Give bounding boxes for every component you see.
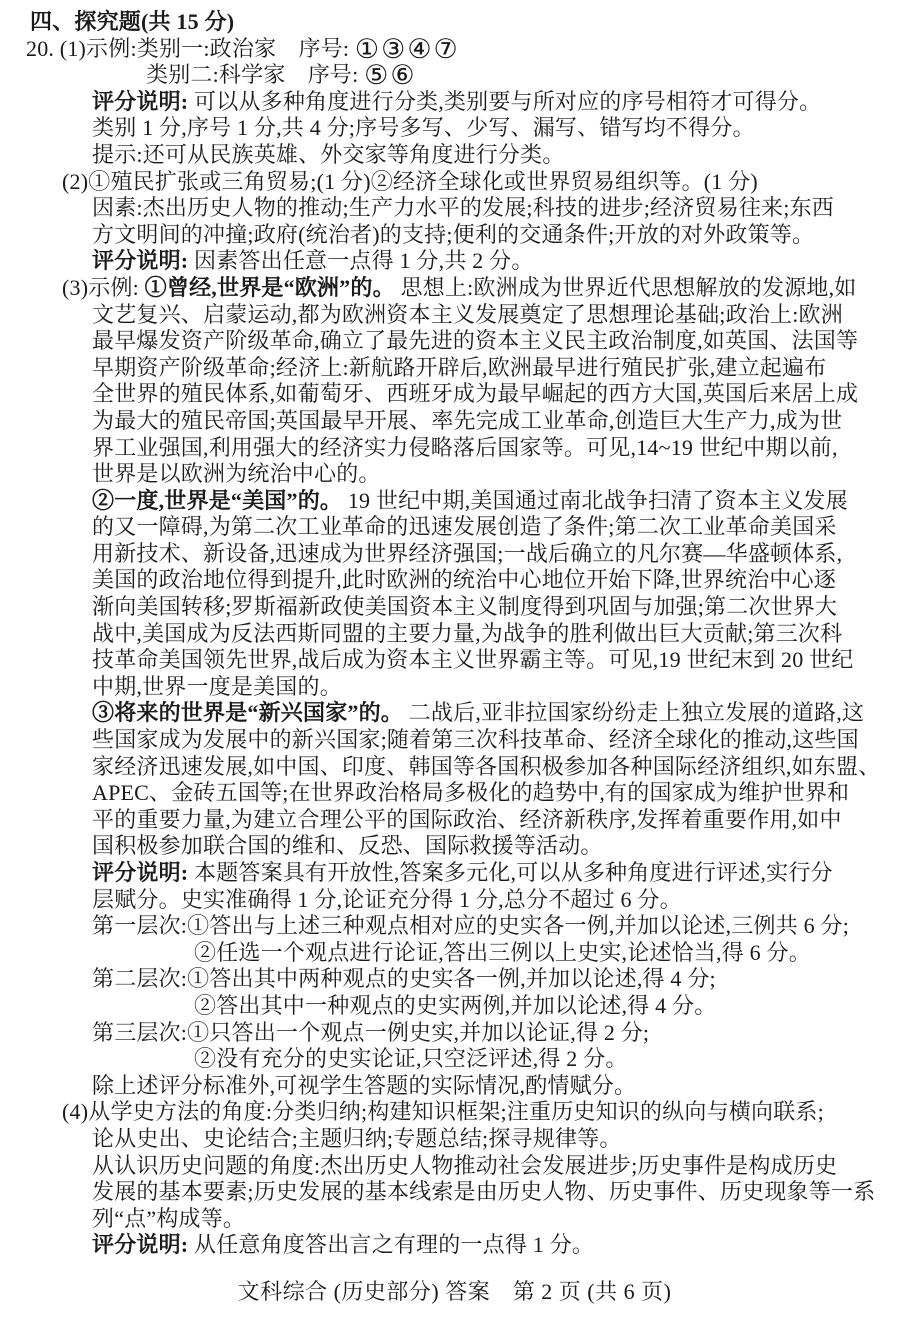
text-line: 发展的基本要素;历史发展的基本线索是由历史人物、历史事件、历史现象等一系: [92, 1179, 909, 1206]
line-text: 全世界的殖民体系,如葡萄牙、西班牙成为最早崛起的西方大国,英国后来居上成: [92, 381, 858, 406]
text-line: 平的重要力量,为建立合理公平的国际政治、经济新秩序,发挥着重要作用,如中: [92, 807, 909, 834]
text-line: (3)示例: ①曾经,世界是“欧洲”的。 思想上:欧洲成为世界近代思想解放的发源…: [62, 275, 909, 302]
line-emphasis: 评分说明:: [92, 89, 188, 114]
line-text: 第三层次:①只答出一个观点一例史实,并加以论证,得 2 分;: [92, 1020, 649, 1045]
text-line: ②答出其中一种观点的史实两例,并加以论述,得 4 分。: [194, 993, 909, 1020]
text-line: 除上述评分标准外,可视学生答题的实际情况,酌情赋分。: [92, 1073, 909, 1100]
text-line: 评分说明: 本题答案具有开放性,答案多元化,可以从多种角度进行评述,实行分: [92, 860, 909, 887]
text-line: 方文明间的冲撞;政府(统治者)的支持;便利的交通条件;开放的对外政策等。: [92, 222, 909, 249]
text-line: (4)从学史方法的角度:分类归纳;构建知识框架;注重历史知识的纵向与横向联系;: [62, 1099, 909, 1126]
line-text: 二战后,亚非拉国家纷纷走上独立发展的道路,这: [409, 700, 864, 725]
line-emphasis: ③将来的世界是“新兴国家”的。: [92, 700, 403, 725]
text-line: 第二层次:①答出其中两种观点的史实各一例,并加以论述,得 4 分;: [92, 966, 909, 993]
text-line: ②没有充分的史实论证,只空泛评述,得 2 分。: [194, 1046, 909, 1073]
text-line: 提示:还可从民族英雄、外交家等角度进行分类。: [92, 142, 909, 169]
text-line: 最早爆发资产阶级革命,确立了最先进的资本主义民主政治制度,如英国、法国等: [92, 328, 909, 355]
text-line: 类别二:科学家 序号: ⑤⑥: [146, 62, 909, 89]
text-line: 为最大的殖民帝国;英国最早开展、率先完成工业革命,创造巨大生产力,成为世: [92, 408, 909, 435]
text-line: 全世界的殖民体系,如葡萄牙、西班牙成为最早崛起的西方大国,英国后来居上成: [92, 381, 909, 408]
line-text: 因素:杰出历史人物的推动;生产力水平的发展;科技的进步;经济贸易往来;东西: [92, 195, 834, 220]
line-emphasis: 评分说明:: [92, 248, 188, 273]
line-text: 列“点”构成等。: [92, 1206, 245, 1231]
text-line: 早期资产阶级革命;经济上:新航路开辟后,欧洲最早进行殖民扩张,建立起遍布: [92, 355, 909, 382]
text-line: ②一度,世界是“美国”的。 19 世纪中期,美国通过南北战争扫清了资本主义发展: [92, 488, 909, 515]
line-text: 20. (1)示例:类别一:政治家 序号:: [26, 36, 349, 61]
text-line: 用新技术、新设备,迅速成为世界经济强国;一战后确立的凡尔赛—华盛顿体系,: [92, 541, 909, 568]
line-text: 除上述评分标准外,可视学生答题的实际情况,酌情赋分。: [92, 1073, 636, 1098]
text-line: 技革命美国领先世界,战后成为资本主义世界霸主等。可见,19 世纪末到 20 世纪: [92, 647, 909, 674]
line-text: (3)示例:: [62, 275, 139, 300]
text-line: 第三层次:①只答出一个观点一例史实,并加以论证,得 2 分;: [92, 1020, 909, 1047]
text-line: 因素:杰出历史人物的推动;生产力水平的发展;科技的进步;经济贸易往来;东西: [92, 195, 909, 222]
text-line: 家经济迅速发展,如中国、印度、韩国等各国积极参加各种国际经济组织,如东盟、: [92, 754, 909, 781]
line-text: 提示:还可从民族英雄、外交家等角度进行分类。: [92, 142, 565, 167]
line-emphasis: 评分说明:: [92, 860, 188, 885]
line-text: 技革命美国领先世界,战后成为资本主义世界霸主等。可见,19 世纪末到 20 世纪: [92, 647, 854, 672]
answer-sheet-page: 四、探究题(共 15 分) 20. (1)示例:类别一:政治家 序号: ①③④⑦…: [0, 0, 909, 1325]
line-text: (2)①殖民扩张或三角贸易;(1 分)②经济全球化或世界贸易组织等。(1 分): [62, 169, 758, 194]
text-line: 类别 1 分,序号 1 分,共 4 分;序号多写、少写、漏写、错写均不得分。: [92, 115, 909, 142]
text-line: 层赋分。史实准确得 1 分,论证充分得 1 分,总分不超过 6 分。: [92, 887, 909, 914]
line-text: 早期资产阶级革命;经济上:新航路开辟后,欧洲最早进行殖民扩张,建立起遍布: [92, 355, 826, 380]
line-text: 美国的政治地位得到提升,此时欧洲的统治中心地位开始下降,世界统治中心逐: [92, 567, 836, 592]
line-text: 平的重要力量,为建立合理公平的国际政治、经济新秩序,发挥着重要作用,如中: [92, 807, 842, 832]
text-line: 从认识历史问题的角度:杰出历史人物推动社会发展进步;历史事件是构成历史: [92, 1153, 909, 1180]
text-line: 列“点”构成等。: [92, 1206, 909, 1233]
line-text: 方文明间的冲撞;政府(统治者)的支持;便利的交通条件;开放的对外政策等。: [92, 222, 814, 247]
text-line: ②任选一个观点进行论证,答出三例以上史实,论述恰当,得 6 分。: [194, 940, 909, 967]
line-text: 从任意角度答出言之有理的一点得 1 分。: [194, 1232, 594, 1257]
text-line: 20. (1)示例:类别一:政治家 序号: ①③④⑦: [26, 36, 909, 63]
line-text: 因素答出任意一点得 1 分,共 2 分。: [194, 248, 534, 273]
text-line: 世界是以欧洲为统治中心的。: [92, 461, 909, 488]
line-text: 第一层次:①答出与上述三种观点相对应的史实各一例,并加以论述,三例共 6 分;: [92, 913, 849, 938]
line-text: 中期,世界一度是美国的。: [92, 674, 342, 699]
text-line: 文艺复兴、启蒙运动,都为欧洲资本主义发展奠定了思想理论基础;政治上:欧洲: [92, 302, 909, 329]
line-text: 世界是以欧洲为统治中心的。: [92, 461, 381, 486]
text-line: 的又一障碍,为第二次工业革命的迅速发展创造了条件;第二次工业革命美国采: [92, 514, 909, 541]
line-text: 为最大的殖民帝国;英国最早开展、率先完成工业革命,创造巨大生产力,成为世: [92, 408, 842, 433]
line-text: ②任选一个观点进行论证,答出三例以上史实,论述恰当,得 6 分。: [194, 940, 811, 965]
text-line: 界工业强国,利用强大的经济实力侵略落后国家等。可见,14~19 世纪中期以前,: [92, 435, 909, 462]
line-text: 文艺复兴、启蒙运动,都为欧洲资本主义发展奠定了思想理论基础;政治上:欧洲: [92, 302, 843, 327]
text-line: ③将来的世界是“新兴国家”的。 二战后,亚非拉国家纷纷走上独立发展的道路,这: [92, 700, 909, 727]
line-text: 19 世纪中期,美国通过南北战争扫清了资本主义发展: [348, 488, 848, 513]
line-text: 些国家成为发展中的新兴国家;随着第三次科技革命、经济全球化的推动,这些国: [92, 727, 859, 752]
line-text: 发展的基本要素;历史发展的基本线索是由历史人物、历史事件、历史现象等一系: [92, 1179, 875, 1204]
text-line: 渐向美国转移;罗斯福新政使美国资本主义制度得到巩固与加强;第二次世界大: [92, 594, 909, 621]
line-text: 可以从多种角度进行分类,类别要与所对应的序号相符才可得分。: [194, 89, 821, 114]
text-line: 些国家成为发展中的新兴国家;随着第三次科技革命、经济全球化的推动,这些国: [92, 727, 909, 754]
line-text: ②答出其中一种观点的史实两例,并加以论述,得 4 分。: [194, 993, 716, 1018]
line-text: 界工业强国,利用强大的经济实力侵略落后国家等。可见,14~19 世纪中期以前,: [92, 435, 838, 460]
line-text: 思想上:欧洲成为世界近代思想解放的发源地,如: [400, 275, 856, 300]
line-text: 最早爆发资产阶级革命,确立了最先进的资本主义民主政治制度,如英国、法国等: [92, 328, 858, 353]
line-text: APEC、金砖五国等;在世界政治格局多极化的趋势中,有的国家成为维护世界和: [92, 780, 849, 805]
text-line: 评分说明: 可以从多种角度进行分类,类别要与所对应的序号相符才可得分。: [92, 89, 909, 116]
line-text: 战中,美国成为反法西斯同盟的主要力量,为战争的胜利做出巨大贡献;第三次科: [92, 621, 842, 646]
text-line: 评分说明: 因素答出任意一点得 1 分,共 2 分。: [92, 248, 909, 275]
line-emphasis: ①曾经,世界是“欧洲”的。: [145, 275, 395, 300]
line-text: 渐向美国转移;罗斯福新政使美国资本主义制度得到巩固与加强;第二次世界大: [92, 594, 837, 619]
text-line: APEC、金砖五国等;在世界政治格局多极化的趋势中,有的国家成为维护世界和: [92, 780, 909, 807]
line-text: 用新技术、新设备,迅速成为世界经济强国;一战后确立的凡尔赛—华盛顿体系,: [92, 541, 842, 566]
text-line: 评分说明: 从任意角度答出言之有理的一点得 1 分。: [92, 1232, 909, 1259]
text-line: 第一层次:①答出与上述三种观点相对应的史实各一例,并加以论述,三例共 6 分;: [92, 913, 909, 940]
line-emphasis: ①③④⑦: [355, 34, 460, 64]
page-footer: 文科综合 (历史部分) 答案 第 2 页 (共 6 页): [0, 1275, 909, 1306]
text-line: 美国的政治地位得到提升,此时欧洲的统治中心地位开始下降,世界统治中心逐: [92, 567, 909, 594]
line-text: ②没有充分的史实论证,只空泛评述,得 2 分。: [194, 1046, 628, 1071]
document-body: 四、探究题(共 15 分) 20. (1)示例:类别一:政治家 序号: ①③④⑦…: [0, 9, 909, 1259]
line-text: (4)从学史方法的角度:分类归纳;构建知识框架;注重历史知识的纵向与横向联系;: [62, 1099, 824, 1124]
text-line: (2)①殖民扩张或三角贸易;(1 分)②经济全球化或世界贸易组织等。(1 分): [62, 169, 909, 196]
line-text: 本题答案具有开放性,答案多元化,可以从多种角度进行评述,实行分: [194, 860, 833, 885]
line-text: 家经济迅速发展,如中国、印度、韩国等各国积极参加各种国际经济组织,如东盟、: [92, 754, 880, 779]
text-line: 中期,世界一度是美国的。: [92, 674, 909, 701]
text-line: 四、探究题(共 15 分): [30, 9, 909, 36]
line-emphasis: 四、探究题(共 15 分): [30, 9, 234, 34]
line-text: 类别 1 分,序号 1 分,共 4 分;序号多写、少写、漏写、错写均不得分。: [92, 115, 755, 140]
text-line: 论从史出、史论结合;主题归纳;专题总结;探寻规律等。: [92, 1126, 909, 1153]
text-line: 战中,美国成为反法西斯同盟的主要力量,为战争的胜利做出巨大贡献;第三次科: [92, 621, 909, 648]
line-text: 的又一障碍,为第二次工业革命的迅速发展创造了条件;第二次工业革命美国采: [92, 514, 837, 539]
line-emphasis: ②一度,世界是“美国”的。: [92, 488, 342, 513]
line-text: 层赋分。史实准确得 1 分,论证充分得 1 分,总分不超过 6 分。: [92, 887, 682, 912]
text-line: 国积极参加联合国的维和、反恐、国际救援等活动。: [92, 833, 909, 860]
line-text: 从认识历史问题的角度:杰出历史人物推动社会发展进步;历史事件是构成历史: [92, 1153, 837, 1178]
line-text: 第二层次:①答出其中两种观点的史实各一例,并加以论述,得 4 分;: [92, 966, 716, 991]
line-emphasis: 评分说明:: [92, 1232, 188, 1257]
line-text: 国积极参加联合国的维和、反恐、国际救援等活动。: [92, 833, 603, 858]
line-text: 类别二:科学家 序号:: [146, 62, 358, 87]
line-text: 论从史出、史论结合;主题归纳;专题总结;探寻规律等。: [92, 1126, 622, 1151]
line-emphasis: ⑤⑥: [364, 60, 416, 90]
